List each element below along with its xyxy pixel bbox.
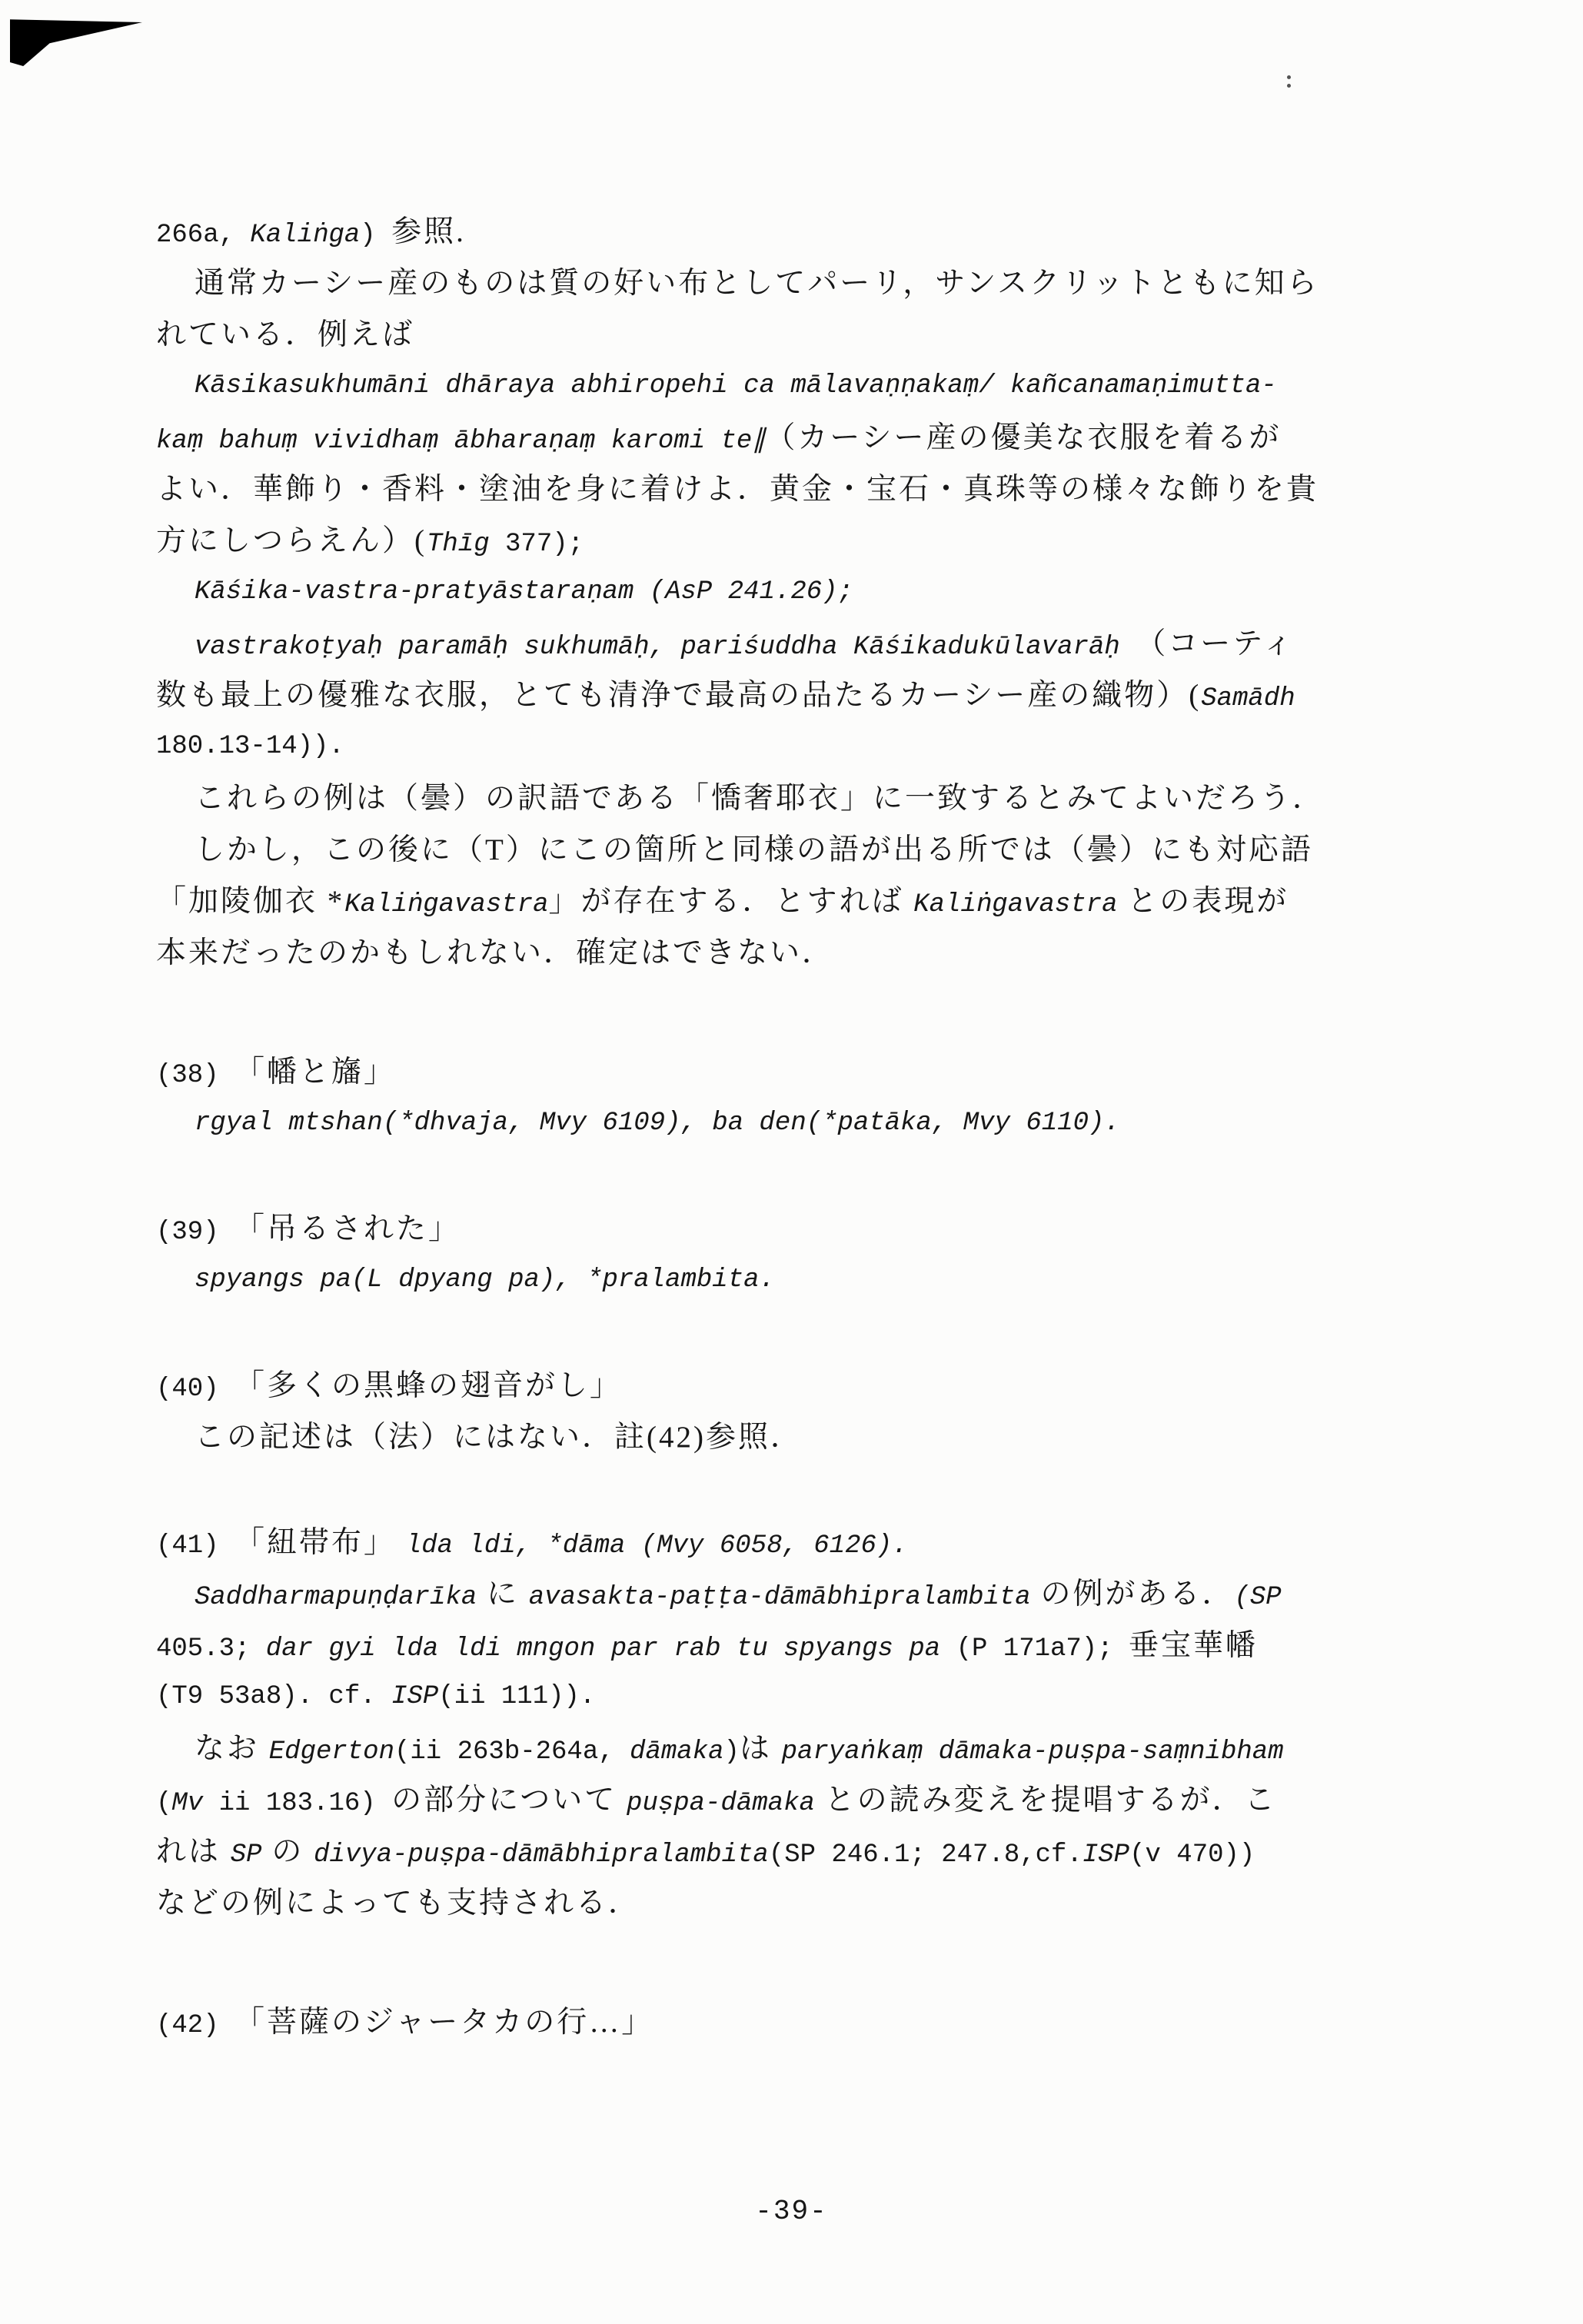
romanized-italic-segment: paryaṅkaṃ dāmaka-puṣpa-saṃnibham bbox=[782, 1737, 1284, 1767]
japanese-text-segment: との表現が bbox=[1118, 885, 1289, 918]
japanese-text-segment: 方にしつらえん）( bbox=[156, 524, 427, 557]
roman-text-segment: ( bbox=[156, 1789, 171, 1818]
text-line: (Mv ii 183.16) の部分について puṣpa-dāmaka との読み… bbox=[156, 1774, 1448, 1826]
japanese-text-segment: れている．例えば bbox=[156, 318, 414, 351]
text-line: れている．例えば bbox=[156, 309, 1448, 361]
romanized-italic-segment: (SP bbox=[1234, 1583, 1281, 1612]
romanized-italic-segment: Saddharmapuṇḍarīka bbox=[195, 1583, 477, 1612]
roman-text-segment: (v 470)) bbox=[1129, 1840, 1255, 1870]
romanized-italic-segment: dar gyi lda ldi mngon par rab tu spyangs… bbox=[266, 1634, 940, 1664]
roman-text-segment: (39) bbox=[156, 1218, 234, 1247]
japanese-text-segment: 「紐帯布」 bbox=[234, 1526, 406, 1559]
roman-text-segment: 180.13-14)). bbox=[156, 732, 344, 761]
text-line: 266a, Kaliṅga) 参照. bbox=[156, 206, 1448, 258]
text-line: 本来だったのかもしれない．確定はできない． bbox=[156, 927, 1448, 979]
roman-text-segment: ) bbox=[360, 221, 391, 250]
text-line: 「加陵伽衣 *Kaliṅgavastra」が存在する．とすれば Kaliṅgav… bbox=[156, 876, 1448, 927]
roman-text-segment: ) bbox=[723, 1737, 739, 1767]
text-line: しかし，この後に（T）にこの箇所と同様の語が出る所では（曇）にも対応語 bbox=[156, 824, 1448, 876]
text-line: (41) 「紐帯布」 lda ldi, *dāma (Mvy 6058, 612… bbox=[156, 1517, 1448, 1568]
japanese-text-segment: は bbox=[740, 1732, 782, 1765]
roman-text-segment: (SP 246.1; 247.8,cf. bbox=[769, 1840, 1082, 1870]
romanized-italic-segment: Kāsikasukhumāni dhāraya abhiropehi ca mā… bbox=[195, 371, 1277, 401]
japanese-text-segment: 「多くの黒蜂の翅音がし」 bbox=[234, 1369, 622, 1402]
text-line: 通常カーシー産のものは質の好い布としてパーリ，サンスクリットともに知ら bbox=[156, 258, 1448, 309]
japanese-text-segment: 参照. bbox=[391, 215, 466, 248]
roman-text-segment: 377); bbox=[490, 530, 584, 559]
romanized-italic-segment: spyangs pa(L dpyang pa), *pralambita. bbox=[195, 1265, 775, 1295]
japanese-text-segment: これらの例は（曇）の訳語である「憍奢耶衣」に一致するとみてよいだろう． bbox=[195, 782, 1325, 815]
japanese-text-segment: 「菩薩のジャータカの行…」 bbox=[234, 2006, 653, 2039]
japanese-text-segment: れは bbox=[156, 1835, 231, 1868]
text-line: なお Edgerton(ii 263b-264a, dāmaka)は parya… bbox=[156, 1723, 1448, 1774]
japanese-text-segment: の bbox=[262, 1835, 314, 1868]
japanese-text-segment: しかし，この後に（T）にこの箇所と同様の語が出る所では（曇）にも対応語 bbox=[195, 833, 1313, 866]
text-line: vastrakoṭyaḥ paramāḥ sukhumāḥ, pariśuddh… bbox=[156, 618, 1448, 670]
japanese-text-segment: （コーティ bbox=[1136, 627, 1295, 660]
scan-artifact-corner-wedge bbox=[10, 18, 142, 66]
text-line: などの例によっても支持される． bbox=[156, 1877, 1448, 1929]
text-line: 180.13-14)). bbox=[156, 721, 1448, 773]
romanized-italic-segment: SP bbox=[231, 1840, 262, 1870]
text-line: rgyal mtshan(*dhvaja, Mvy 6109), ba den(… bbox=[156, 1098, 1448, 1149]
text-line: これらの例は（曇）の訳語である「憍奢耶衣」に一致するとみてよいだろう． bbox=[156, 773, 1448, 824]
text-line: よい．華飾り・香料・塗油を身に着けよ．黄金・宝石・真珠等の様々な飾りを貴 bbox=[156, 464, 1448, 515]
scanned-page: 266a, Kaliṅga) 参照.通常カーシー産のものは質の好い布としてパーリ… bbox=[0, 0, 1583, 2324]
roman-text-segment: 405.3; bbox=[156, 1634, 266, 1664]
romanized-italic-segment: ISP bbox=[391, 1682, 438, 1711]
romanized-italic-segment: Kaliṅga bbox=[250, 221, 360, 250]
romanized-italic-segment: kaṃ bahuṃ vividhaṃ ābharaṇaṃ karomi te∥ bbox=[156, 427, 765, 456]
roman-text-segment: (41) bbox=[156, 1531, 234, 1561]
japanese-text-segment: 「幡と旛」 bbox=[234, 1056, 396, 1089]
text-line: kaṃ bahuṃ vividhaṃ ābharaṇaṃ karomi te∥（… bbox=[156, 412, 1448, 464]
text-line: 数も最上の優雅な衣服，とても清浄で最高の品たるカーシー産の織物）(Samādh bbox=[156, 670, 1448, 721]
japanese-text-segment: 本来だったのかもしれない．確定はできない． bbox=[156, 936, 834, 969]
page-number: -39- bbox=[0, 2196, 1583, 2227]
roman-text-segment: (40) bbox=[156, 1375, 234, 1404]
text-line: (40) 「多くの黒蜂の翅音がし」 bbox=[156, 1360, 1448, 1411]
scan-artifact-speck bbox=[1287, 75, 1291, 79]
text-line: (42) 「菩薩のジャータカの行…」 bbox=[156, 1997, 1448, 2048]
text-line: 方にしつらえん）(Thīg 377); bbox=[156, 515, 1448, 567]
romanized-italic-segment: Kaliṅgavastra bbox=[913, 890, 1117, 919]
romanized-italic-segment: Thīg bbox=[427, 530, 490, 559]
text-line: (39) 「吊るされた」 bbox=[156, 1203, 1448, 1255]
romanized-italic-segment: lda ldi, *dāma (Mvy 6058, 6126). bbox=[406, 1531, 908, 1561]
japanese-text-segment: なお bbox=[195, 1732, 269, 1765]
roman-text-segment: (T9 53a8). cf. bbox=[156, 1682, 391, 1711]
roman-text-segment: ii 183.16) bbox=[203, 1789, 391, 1818]
romanized-italic-segment: Kāśika-vastra-pratyāstaraṇam (AsP 241.26… bbox=[195, 577, 853, 607]
japanese-text-segment: 」が存在する．とすれば bbox=[549, 885, 914, 918]
japanese-text-segment: 通常カーシー産のものは質の好い布としてパーリ，サンスクリットともに知ら bbox=[195, 267, 1319, 300]
page-text: 266a, Kaliṅga) 参照.通常カーシー産のものは質の好い布としてパーリ… bbox=[156, 206, 1448, 2048]
text-line: れは SP の divya-puṣpa-dāmābhipralambita(SP… bbox=[156, 1826, 1448, 1877]
romanized-italic-segment: Edgerton bbox=[269, 1737, 394, 1767]
text-line: (38) 「幡と旛」 bbox=[156, 1046, 1448, 1098]
text-line: (T9 53a8). cf. ISP(ii 111)). bbox=[156, 1671, 1448, 1723]
japanese-text-segment: の例がある． bbox=[1031, 1578, 1235, 1611]
roman-text-segment: (P 171a7); bbox=[940, 1634, 1129, 1664]
japanese-text-segment: 「加陵伽衣 * bbox=[156, 885, 344, 918]
japanese-text-segment: （カーシー産の優美な衣服を着るが bbox=[765, 421, 1281, 454]
romanized-italic-segment: puṣpa-dāmaka bbox=[627, 1789, 815, 1818]
romanized-italic-segment: Mv bbox=[171, 1789, 203, 1818]
japanese-text-segment: に bbox=[477, 1578, 529, 1611]
text-line: Saddharmapuṇḍarīka に avasakta-paṭṭa-dāmā… bbox=[156, 1568, 1448, 1620]
roman-text-segment: (38) bbox=[156, 1061, 234, 1090]
japanese-text-segment: よい．華飾り・香料・塗油を身に着けよ．黄金・宝石・真珠等の様々な飾りを貴 bbox=[156, 473, 1319, 506]
japanese-text-segment: との読み変えを提唱するが．こ bbox=[815, 1784, 1277, 1817]
japanese-text-segment: 数も最上の優雅な衣服，とても清浄で最高の品たるカーシー産の織物）( bbox=[156, 679, 1201, 712]
romanized-italic-segment: avasakta-paṭṭa-dāmābhipralambita bbox=[529, 1583, 1031, 1612]
roman-text-segment: (42) bbox=[156, 2011, 234, 2040]
romanized-italic-segment: ISP bbox=[1082, 1840, 1129, 1870]
text-line: Kāśika-vastra-pratyāstaraṇam (AsP 241.26… bbox=[156, 567, 1448, 618]
romanized-italic-segment: Kaliṅgavastra bbox=[344, 890, 548, 919]
japanese-text-segment: 「吊るされた」 bbox=[234, 1212, 461, 1245]
text-line: Kāsikasukhumāni dhāraya abhiropehi ca mā… bbox=[156, 361, 1448, 412]
romanized-italic-segment: vastrakoṭyaḥ paramāḥ sukhumāḥ, pariśuddh… bbox=[195, 633, 1136, 662]
roman-text-segment: 266a, bbox=[156, 221, 250, 250]
romanized-italic-segment: divya-puṣpa-dāmābhipralambita bbox=[314, 1840, 769, 1870]
roman-text-segment: (ii 111)). bbox=[438, 1682, 595, 1711]
roman-text-segment: (ii 263b-264a, bbox=[394, 1737, 630, 1767]
romanized-italic-segment: rgyal mtshan(*dhvaja, Mvy 6109), ba den(… bbox=[195, 1109, 1120, 1138]
romanized-italic-segment: Samādh bbox=[1201, 684, 1295, 713]
japanese-text-segment: などの例によっても支持される． bbox=[156, 1887, 640, 1920]
text-line: この記述は（法）にはない．註(42)参照． bbox=[156, 1411, 1448, 1463]
text-line: spyangs pa(L dpyang pa), *pralambita. bbox=[156, 1255, 1448, 1306]
japanese-text-segment: この記述は（法）にはない．註(42)参照． bbox=[195, 1421, 803, 1454]
japanese-text-segment: 垂宝華幡 bbox=[1129, 1629, 1258, 1662]
japanese-text-segment: の部分について bbox=[391, 1784, 627, 1817]
text-line: 405.3; dar gyi lda ldi mngon par rab tu … bbox=[156, 1620, 1448, 1671]
romanized-italic-segment: dāmaka bbox=[630, 1737, 723, 1767]
